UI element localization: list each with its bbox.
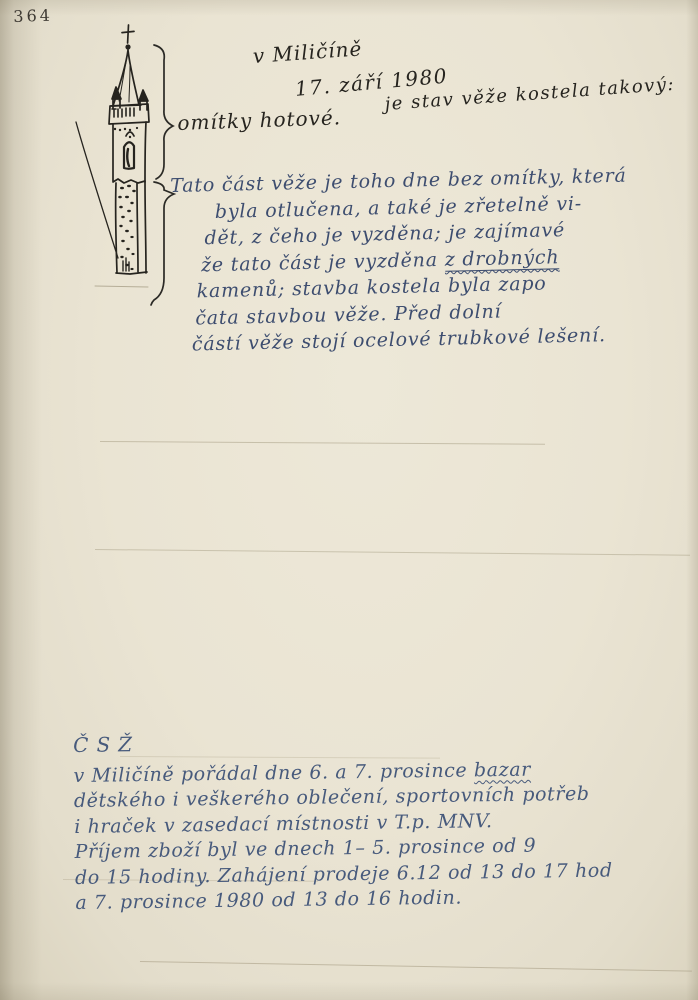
organization-heading: ČSŽ — [73, 725, 611, 758]
plaster-state-label: omítky hotové. — [177, 105, 341, 135]
underlined-phrase: z drobných — [444, 246, 559, 272]
tower-finial — [125, 44, 130, 49]
bazaar-entry: ČSŽ v Miličíně pořádal dne 6. a 7. prosi… — [73, 725, 613, 916]
plaster-edge — [113, 179, 145, 183]
belfry-small-arch — [126, 132, 134, 136]
tower-paragraph: Tato část věže je toho dne bez omítky, k… — [170, 163, 630, 359]
crease-line — [100, 441, 545, 445]
tower-cross — [122, 25, 134, 43]
place-line: v Miličíně — [252, 36, 363, 68]
tower-turret-left — [112, 87, 121, 99]
paragraph-line-text: v Miličíně pořádal dne 6. a 7. prosince — [73, 759, 474, 787]
underlined-word: bazar — [474, 758, 531, 781]
stone-dots — [118, 185, 136, 270]
page-number: 364 — [13, 6, 53, 26]
paragraph-line-text: že tato část je vyzděna — [201, 248, 445, 276]
crease-line — [95, 549, 690, 556]
chronicle-page: 364 — [0, 0, 698, 1000]
crease-line — [140, 961, 692, 972]
diagonal-line — [76, 122, 118, 258]
tower-gallery — [109, 104, 149, 124]
brace-upper — [154, 45, 173, 179]
